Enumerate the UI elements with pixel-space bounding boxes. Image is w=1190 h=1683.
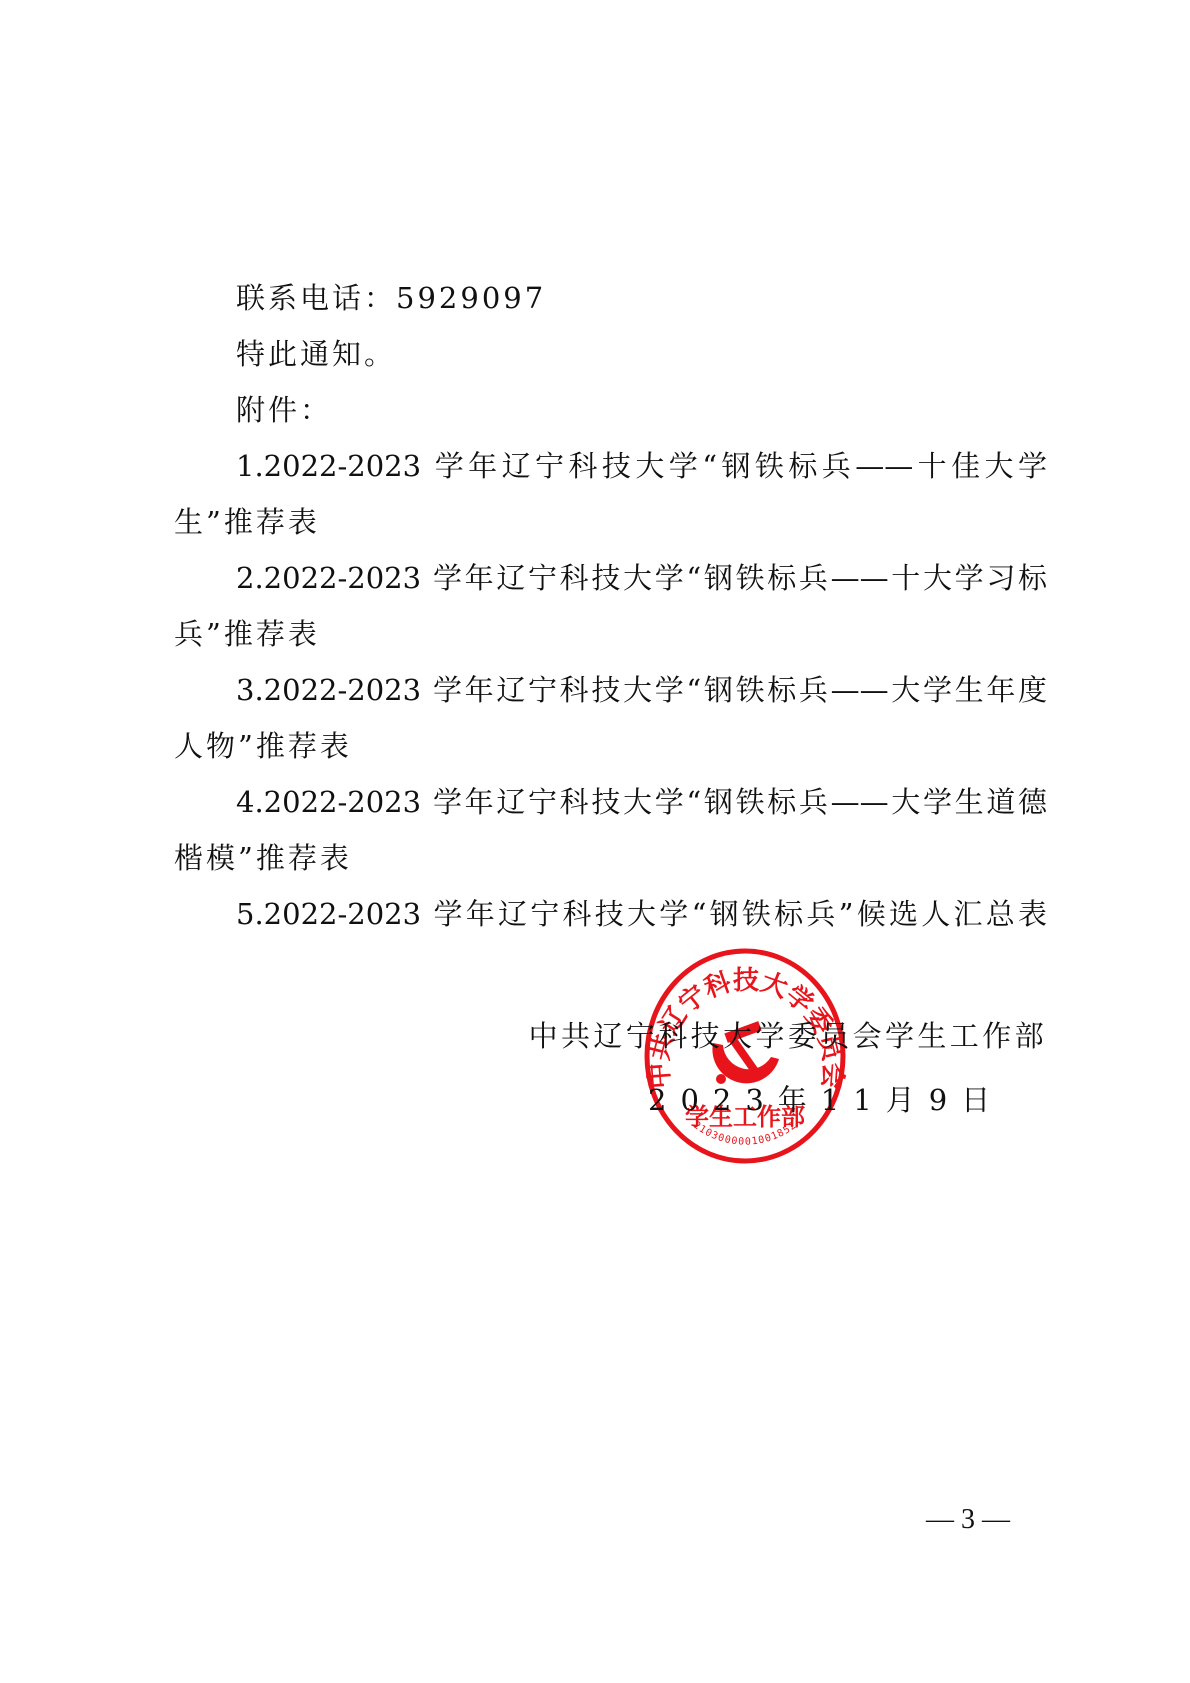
attachment-2-line2: 兵”推荐表 — [174, 614, 320, 654]
closing-line: 特此通知。 — [236, 334, 396, 374]
signature-date: 2023年11月9日 — [648, 1080, 1004, 1120]
attachment-4-line2: 楷模”推荐表 — [174, 838, 352, 878]
contact-line: 联系电话：5929097 — [236, 278, 546, 318]
seal-serial: 2103000001001852 — [691, 1120, 799, 1148]
attachment-1-line1: 1.2022-2023 学年辽宁科技大学“钢铁标兵——十佳大学 — [236, 446, 1047, 486]
contact-phone: 5929097 — [396, 281, 546, 315]
contact-label: 联系电话： — [236, 281, 396, 315]
attachment-2-line1: 2.2022-2023 学年辽宁科技大学“钢铁标兵——十大学习标 — [236, 558, 1047, 598]
official-seal-icon: 中共辽宁科技大学委员会 学生工作部 2103000001001852 — [643, 947, 847, 1165]
svg-text:2103000001001852: 2103000001001852 — [691, 1120, 799, 1148]
attachment-4-line1: 4.2022-2023 学年辽宁科技大学“钢铁标兵——大学生道德 — [236, 782, 1047, 822]
attachment-5-line1: 5.2022-2023 学年辽宁科技大学“钢铁标兵”候选人汇总表 — [236, 894, 1047, 934]
document-page: 联系电话：5929097 特此通知。 附件： 1.2022-2023 学年辽宁科… — [0, 0, 1190, 1683]
attachments-label: 附件： — [236, 390, 332, 430]
attachment-3-line2: 人物”推荐表 — [174, 726, 352, 766]
attachment-3-line1: 3.2022-2023 学年辽宁科技大学“钢铁标兵——大学生年度 — [236, 670, 1047, 710]
signature-org: 中共辽宁科技大学委员会学生工作部 — [529, 1016, 1047, 1056]
attachment-1-line2: 生”推荐表 — [174, 502, 320, 542]
page-number: — 3 — — [918, 1500, 1018, 1540]
